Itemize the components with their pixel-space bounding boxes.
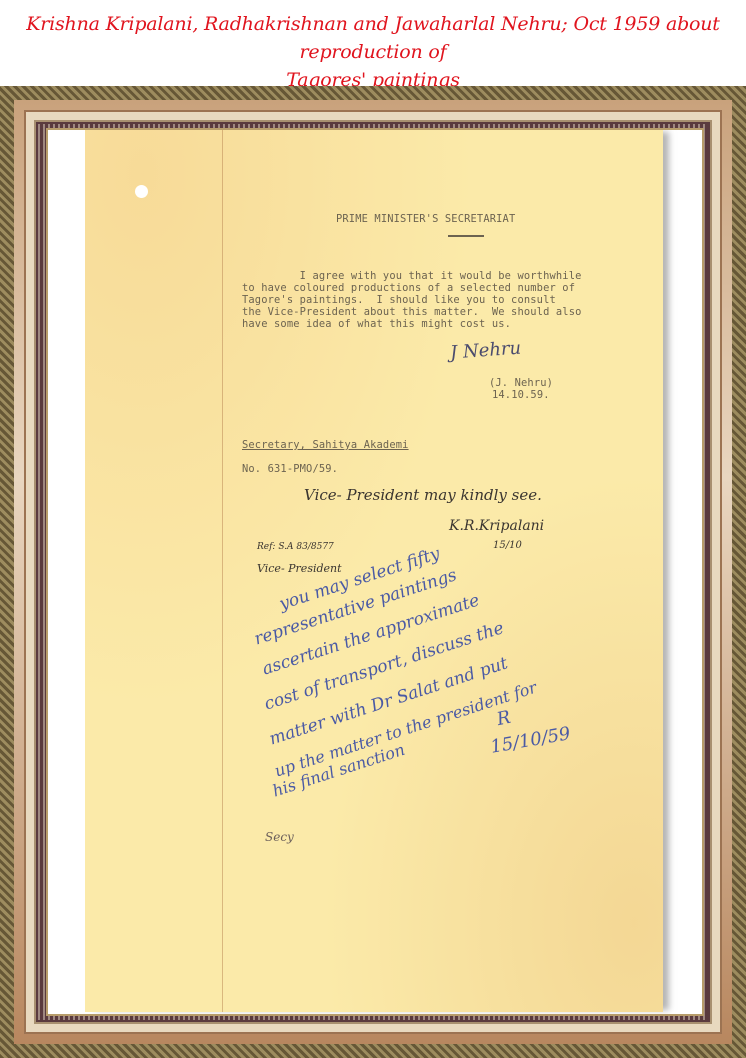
handwritten-note-1: Vice- President may kindly see. (304, 486, 542, 504)
body-line-5: have some idea of what this might cost u… (242, 318, 511, 330)
addressee: Secretary, Sahitya Akademi (242, 439, 409, 451)
header-rule (448, 235, 484, 237)
frame-mat: PRIME MINISTER'S SECRETARIAT I agree wit… (46, 128, 704, 1016)
body-line-4: the Vice-President about this matter. We… (242, 306, 582, 318)
reference-number: No. 631-PMO/59. (242, 463, 338, 475)
punch-hole (135, 185, 148, 198)
page-caption: Krishna Kripalani, Radhakrishnan and Jaw… (0, 0, 746, 86)
handwritten-reference: Ref: S.A 83/8577 (257, 542, 334, 552)
margin-rule-line (222, 130, 223, 1012)
document-paper: PRIME MINISTER'S SECRETARIAT I agree wit… (85, 130, 663, 1012)
signature-date: 14.10.59. (492, 389, 550, 401)
ornate-picture-frame: PRIME MINISTER'S SECRETARIAT I agree wit… (0, 86, 746, 1058)
typed-signature: (J. Nehru) (489, 377, 553, 389)
document-header: PRIME MINISTER'S SECRETARIAT (336, 213, 515, 225)
secy-note: Secy (265, 830, 294, 844)
body-line-1: I agree with you that it would be worthw… (242, 270, 582, 282)
kripalani-signature: K.R.Kripalani (449, 518, 544, 534)
note-2-initials: R (495, 707, 513, 730)
caption-line-1: Krishna Kripalani, Radhakrishnan and Jaw… (0, 10, 746, 66)
nehru-signature: J Nehru (449, 338, 521, 364)
body-line-3: Tagore's paintings. I should like you to… (242, 294, 556, 306)
body-line-2: to have coloured productions of a select… (242, 282, 575, 294)
note-1-date: 15/10 (493, 540, 522, 551)
note-2-heading: Vice- President (257, 562, 342, 575)
